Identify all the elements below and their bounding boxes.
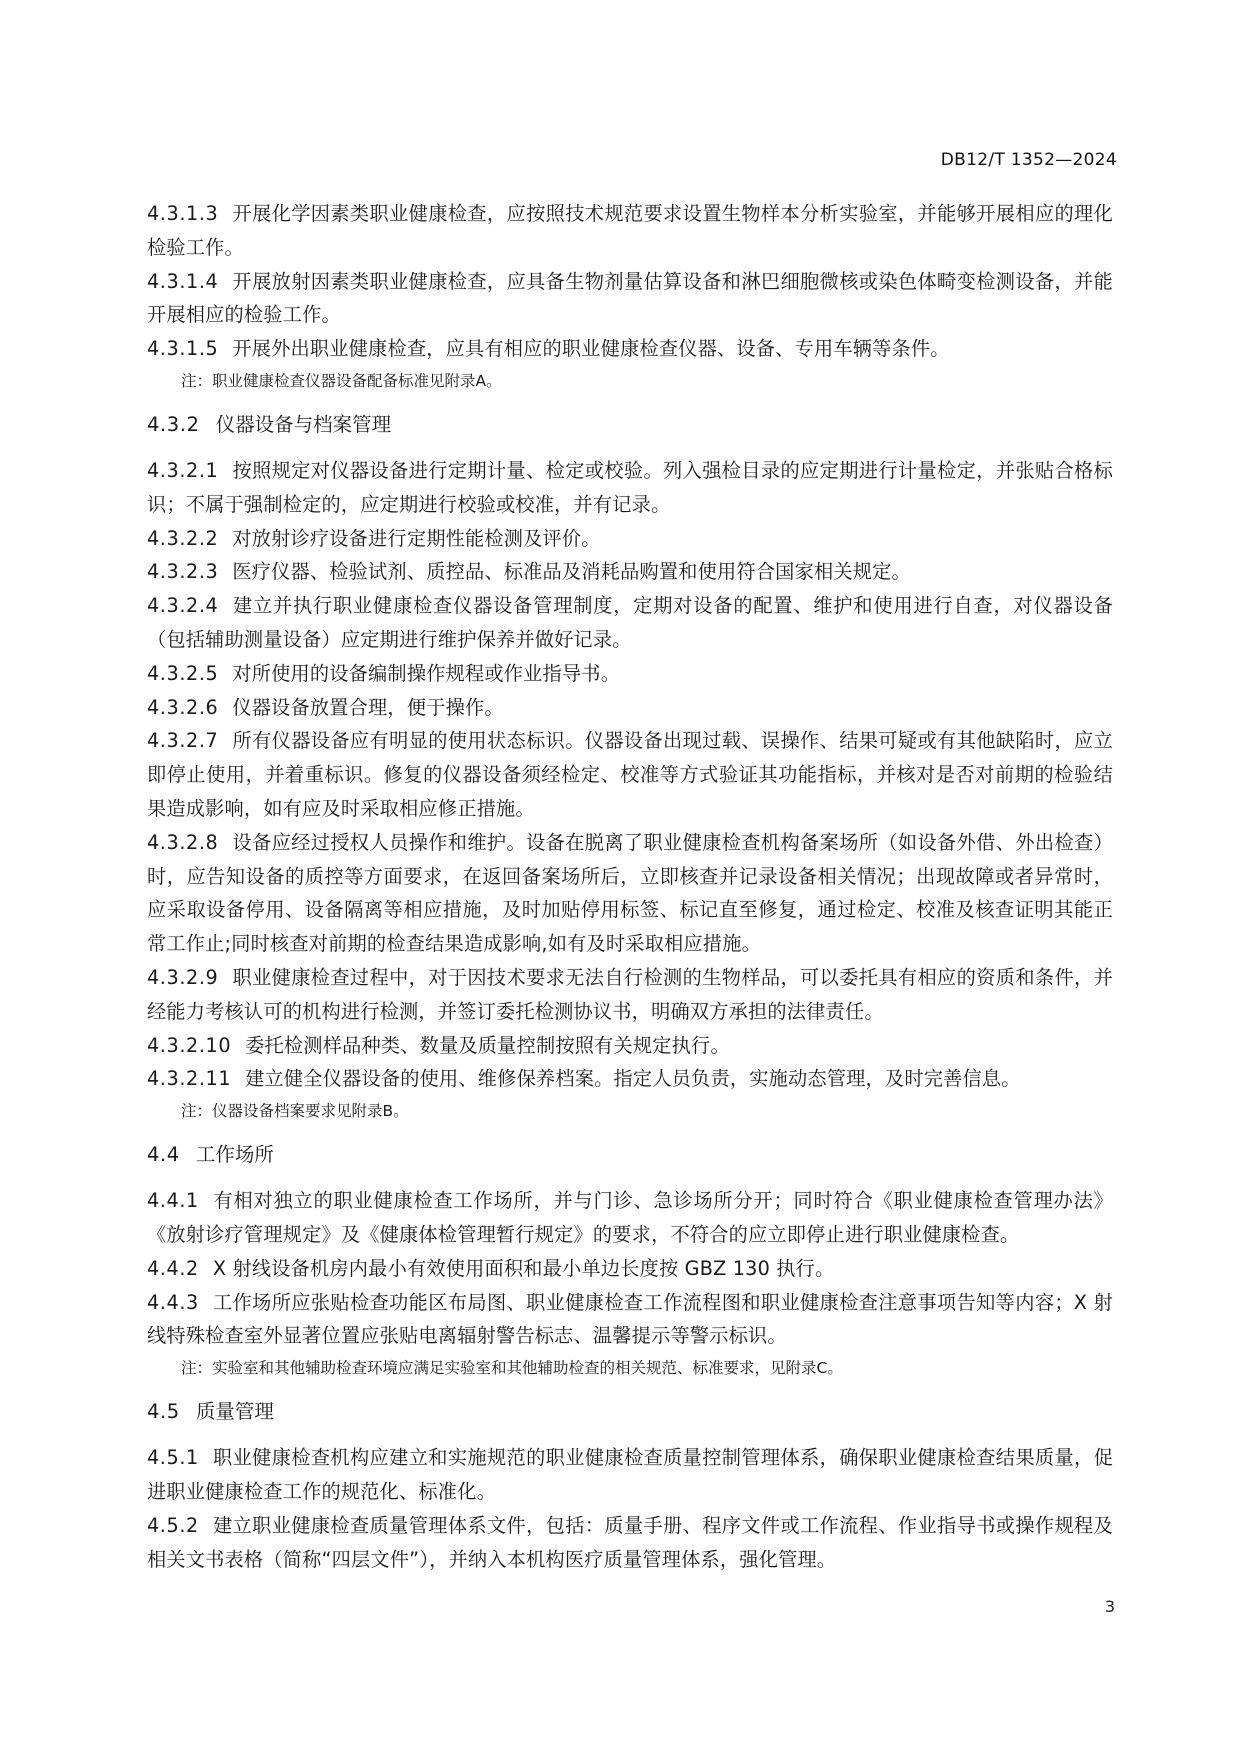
document-page: DB12/T 1352—2024 4.3.1.3开展化学因素类职业健康检查，应按… [0, 0, 1241, 1755]
standard-code: DB12/T 1352—2024 [941, 150, 1117, 170]
note-appendix-c: 注：实验室和其他辅助检查环境应满足实验室和其他辅助检查的相关规范、标准要求，见附… [181, 1353, 1113, 1383]
clause-text: 开展外出职业健康检查，应具有相应的职业健康检查仪器、设备、专用车辆等条件。 [232, 337, 949, 360]
clause-4-3-2-10: 4.3.2.10委托检测样品种类、数量及质量控制按照有关规定执行。 [147, 1029, 1113, 1063]
clause-text: 设备应经过授权人员操作和维护。设备在脱离了职业健康检查机构备案场所（如设备外借、… [147, 831, 1113, 955]
clause-number: 4.3.2.4 [147, 594, 218, 617]
clause-4-3-2-5: 4.3.2.5对所使用的设备编制操作规程或作业指导书。 [147, 657, 1113, 691]
clause-4-3-1-4: 4.3.1.4开展放射因素类职业健康检查，应具备生物剂量估算设备和淋巴细胞微核或… [147, 265, 1113, 333]
clause-text: 开展化学因素类职业健康检查，应按照技术规范要求设置生物样本分析实验室，并能够开展… [147, 202, 1113, 259]
clause-number: 4.4.3 [147, 1291, 199, 1314]
clause-4-3-2-11: 4.3.2.11建立健全仪器设备的使用、维修保养档案。指定人员负责，实施动态管理… [147, 1062, 1113, 1096]
clause-number: 4.3.2.8 [147, 831, 218, 854]
clause-4-3-1-5: 4.3.1.5开展外出职业健康检查，应具有相应的职业健康检查仪器、设备、专用车辆… [147, 332, 1113, 366]
clause-text: 有相对独立的职业健康检查工作场所，并与门诊、急诊场所分开；同时符合《职业健康检查… [147, 1189, 1113, 1246]
clause-number: 4.3.2.2 [147, 527, 218, 550]
section-title: 质量管理 [196, 1400, 274, 1423]
clause-4-3-2-6: 4.3.2.6仪器设备放置合理，便于操作。 [147, 691, 1113, 725]
clause-number: 4.3.1.3 [147, 202, 218, 225]
clause-4-3-2-7: 4.3.2.7所有仪器设备应有明显的使用状态标识。仪器设备出现过载、误操作、结果… [147, 724, 1113, 825]
clause-text: 职业健康检查机构应建立和实施规范的职业健康检查质量控制管理体系，确保职业健康检查… [147, 1446, 1113, 1503]
note-appendix-a: 注：职业健康检查仪器设备配备标准见附录A。 [181, 366, 1113, 396]
clause-text: 建立并执行职业健康检查仪器设备管理制度，定期对设备的配置、维护和使用进行自查，对… [147, 594, 1113, 651]
section-number: 4.4 [147, 1143, 180, 1166]
clause-number: 4.5.2 [147, 1514, 199, 1537]
clause-number: 4.3.2.5 [147, 662, 218, 685]
section-heading-4-3-2: 4.3.2仪器设备与档案管理 [147, 408, 1113, 442]
clause-text: 工作场所应张贴检查功能区布局图、职业健康检查工作流程图和职业健康检查注意事项告知… [147, 1291, 1113, 1348]
clause-text: 医疗仪器、检验试剂、质控品、标准品及消耗品购置和使用符合国家相关规定。 [232, 560, 911, 583]
section-number: 4.3.2 [147, 413, 200, 436]
clause-text: 按照规定对仪器设备进行定期计量、检定或校验。列入强检目录的应定期进行计量检定，并… [147, 459, 1113, 516]
clause-text: 开展放射因素类职业健康检查，应具备生物剂量估算设备和淋巴细胞微核或染色体畸变检测… [147, 270, 1113, 327]
clause-number: 4.3.1.4 [147, 270, 218, 293]
page-number: 3 [1105, 1597, 1115, 1616]
clause-number: 4.3.2.6 [147, 696, 218, 719]
clause-number: 4.3.2.7 [147, 729, 218, 752]
clause-4-3-2-2: 4.3.2.2对放射诊疗设备进行定期性能检测及评价。 [147, 522, 1113, 556]
clause-text: 建立职业健康检查质量管理体系文件，包括：质量手册、程序文件或工作流程、作业指导书… [147, 1514, 1113, 1571]
clause-text: X 射线设备机房内最小有效使用面积和最小单边长度按 GBZ 130 执行。 [213, 1257, 835, 1280]
clause-4-4-2: 4.4.2X 射线设备机房内最小有效使用面积和最小单边长度按 GBZ 130 执… [147, 1252, 1113, 1286]
clause-4-3-2-3: 4.3.2.3医疗仪器、检验试剂、质控品、标准品及消耗品购置和使用符合国家相关规… [147, 555, 1113, 589]
clause-4-3-2-8: 4.3.2.8设备应经过授权人员操作和维护。设备在脱离了职业健康检查机构备案场所… [147, 826, 1113, 961]
clause-text: 委托检测样品种类、数量及质量控制按照有关规定执行。 [245, 1034, 730, 1057]
clause-4-3-2-1: 4.3.2.1按照规定对仪器设备进行定期计量、检定或校验。列入强检目录的应定期进… [147, 454, 1113, 522]
clause-text: 仪器设备放置合理，便于操作。 [232, 696, 503, 719]
section-title: 仪器设备与档案管理 [216, 413, 392, 436]
clause-4-5-2: 4.5.2建立职业健康检查质量管理体系文件，包括：质量手册、程序文件或工作流程、… [147, 1509, 1113, 1577]
clause-text: 职业健康检查过程中，对于因技术要求无法自行检测的生物样品，可以委托具有相应的资质… [147, 966, 1113, 1023]
clause-text: 所有仪器设备应有明显的使用状态标识。仪器设备出现过载、误操作、结果可疑或有其他缺… [147, 729, 1113, 820]
clause-text: 对放射诊疗设备进行定期性能检测及评价。 [232, 527, 600, 550]
section-number: 4.5 [147, 1400, 180, 1423]
clause-number: 4.5.1 [147, 1446, 199, 1469]
clause-number: 4.3.2.11 [147, 1067, 231, 1090]
clause-number: 4.3.2.1 [147, 459, 218, 482]
clause-number: 4.3.2.3 [147, 560, 218, 583]
clause-4-5-1: 4.5.1职业健康检查机构应建立和实施规范的职业健康检查质量控制管理体系，确保职… [147, 1441, 1113, 1509]
clause-4-4-3: 4.4.3工作场所应张贴检查功能区布局图、职业健康检查工作流程图和职业健康检查注… [147, 1286, 1113, 1354]
clause-4-3-2-9: 4.3.2.9职业健康检查过程中，对于因技术要求无法自行检测的生物样品，可以委托… [147, 961, 1113, 1029]
section-heading-4-5: 4.5质量管理 [147, 1395, 1113, 1429]
document-body: 4.3.1.3开展化学因素类职业健康检查，应按照技术规范要求设置生物样本分析实验… [147, 197, 1113, 1576]
clause-number: 4.3.1.5 [147, 337, 218, 360]
clause-4-3-1-3: 4.3.1.3开展化学因素类职业健康检查，应按照技术规范要求设置生物样本分析实验… [147, 197, 1113, 265]
clause-4-4-1: 4.4.1有相对独立的职业健康检查工作场所，并与门诊、急诊场所分开；同时符合《职… [147, 1184, 1113, 1252]
clause-text: 建立健全仪器设备的使用、维修保养档案。指定人员负责，实施动态管理，及时完善信息。 [245, 1067, 1021, 1090]
clause-text: 对所使用的设备编制操作规程或作业指导书。 [232, 662, 620, 685]
clause-number: 4.3.2.10 [147, 1034, 231, 1057]
clause-4-3-2-4: 4.3.2.4建立并执行职业健康检查仪器设备管理制度，定期对设备的配置、维护和使… [147, 589, 1113, 657]
section-heading-4-4: 4.4工作场所 [147, 1138, 1113, 1172]
note-appendix-b: 注：仪器设备档案要求见附录B。 [181, 1096, 1113, 1126]
clause-number: 4.4.2 [147, 1257, 199, 1280]
clause-number: 4.3.2.9 [147, 966, 218, 989]
section-title: 工作场所 [196, 1143, 274, 1166]
clause-number: 4.4.1 [147, 1189, 199, 1212]
